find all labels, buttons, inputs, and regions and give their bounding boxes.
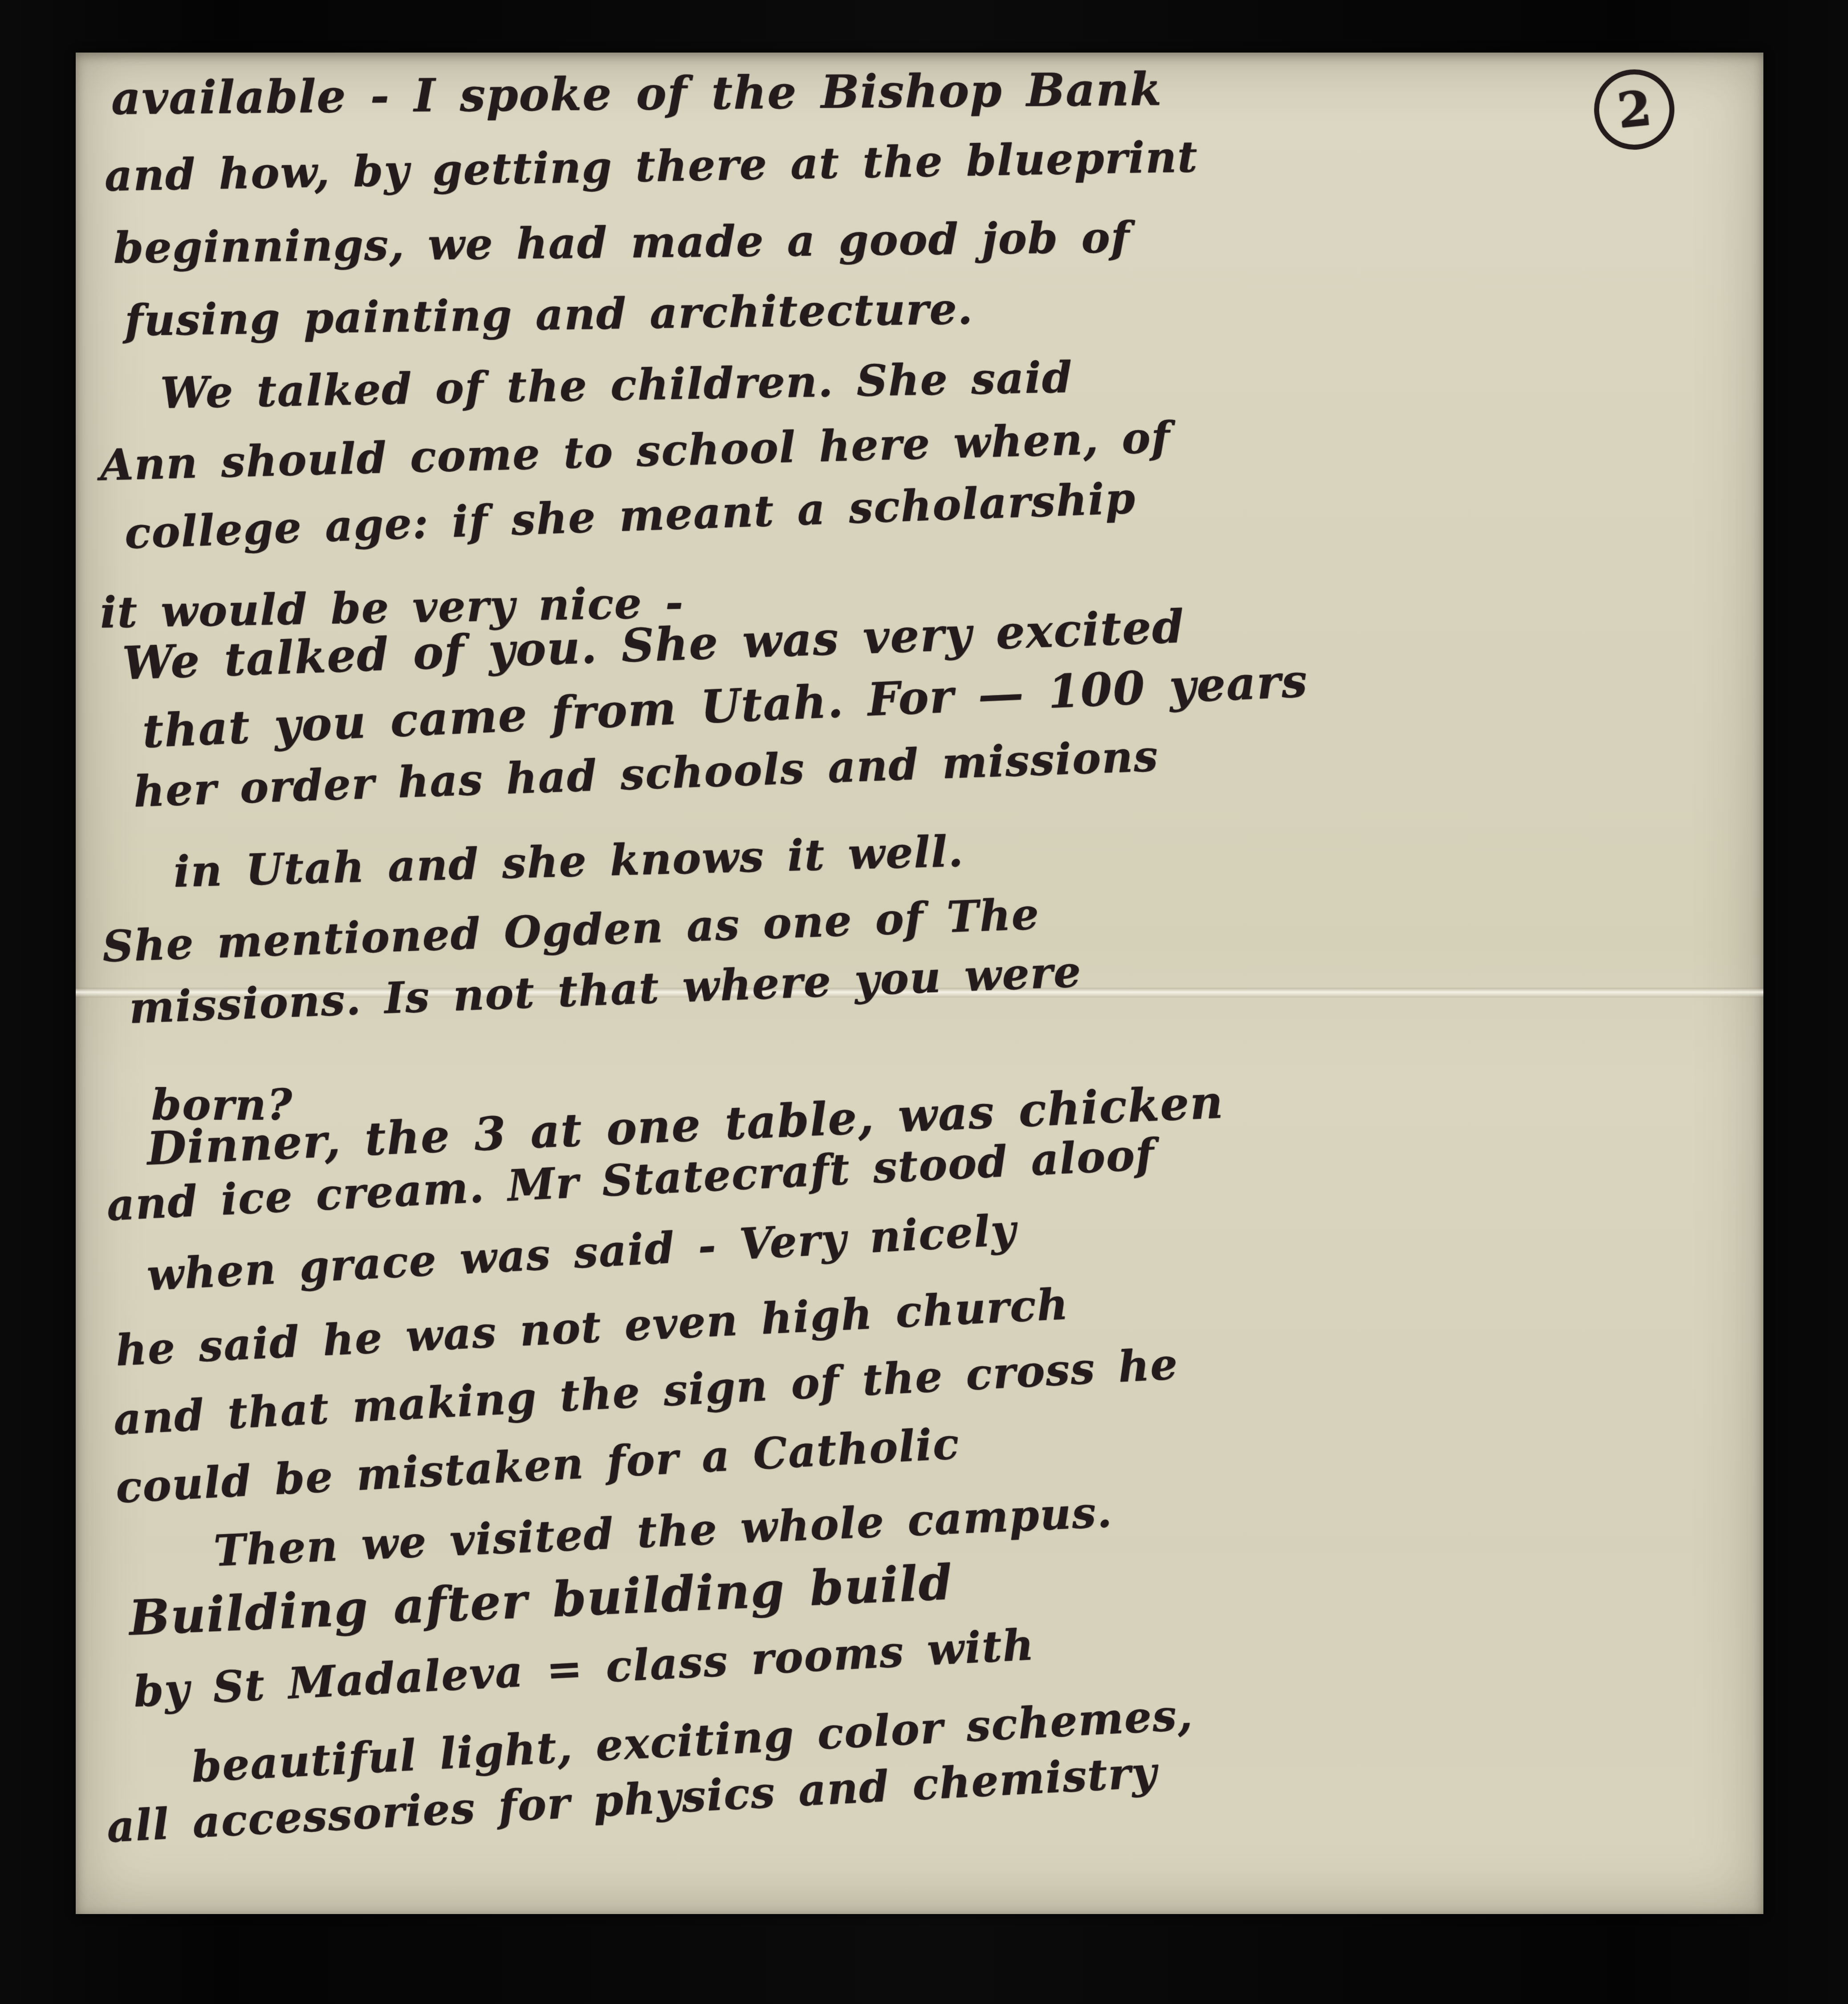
letter-page: 2 available - I spoke of the Bishop Bank… xyxy=(76,53,1763,1914)
letter-line: We talked of the children. She said xyxy=(160,350,1073,420)
page-number: 2 xyxy=(1590,65,1678,154)
letter-line: fusing painting and architecture. xyxy=(124,282,973,347)
letter-line: beginnings, we had made a good job of xyxy=(113,211,1130,275)
scanned-letter-canvas: 2 available - I spoke of the Bishop Bank… xyxy=(0,0,1848,2004)
letter-line: in Utah and she knows it well. xyxy=(173,825,964,899)
letter-line: and how, by getting there at the bluepri… xyxy=(104,130,1198,203)
letter-line: available - I spoke of the Bishop Bank xyxy=(111,61,1162,127)
